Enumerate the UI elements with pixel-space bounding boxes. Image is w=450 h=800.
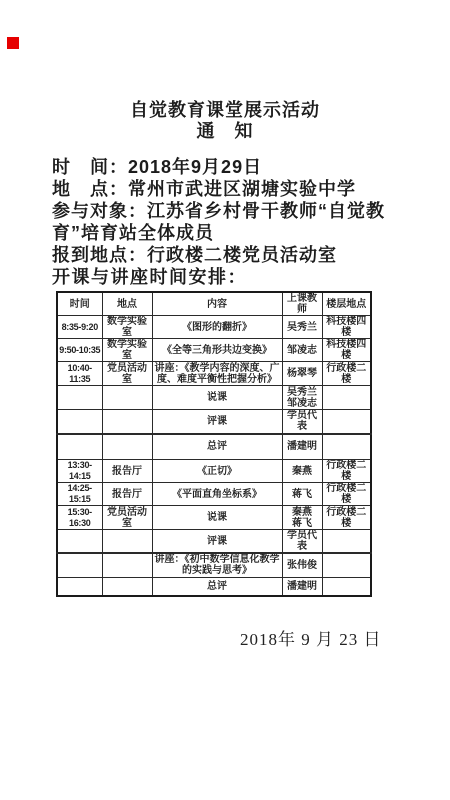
cell-content: 说课 bbox=[152, 386, 282, 410]
schedule-table-body: 8:35-9:20数学实验室《图形的翻折》吴秀兰科技楼四楼9:50-10:35数… bbox=[57, 316, 371, 597]
column-header: 上课教师 bbox=[282, 292, 322, 316]
document-body: 时 间：2018年9月29日 地 点：常州市武进区湖塘实验中学 参与对象：江苏省… bbox=[0, 156, 450, 288]
cell-teacher: 杨翠琴 bbox=[282, 362, 322, 386]
cell-place: 数学实验室 bbox=[102, 339, 152, 362]
cell-time: 8:35-9:20 bbox=[57, 316, 102, 339]
table-row: 15:30-16:30党员活动室说课秦燕 蒋飞行政楼二楼 bbox=[57, 506, 371, 530]
info-line-participants-2: 育”培育站全体成员 bbox=[52, 222, 442, 244]
cell-place: 报告厅 bbox=[102, 460, 152, 483]
table-row: 10:40-11:35党员活动室讲座：《教学内容的深度、广度、难度平衡性把握分析… bbox=[57, 362, 371, 386]
table-row: 14:25-15:15报告厅《平面直角坐标系》蒋飞行政楼二楼 bbox=[57, 483, 371, 506]
schedule-table: 时间地点内容上课教师楼层地点 8:35-9:20数学实验室《图形的翻折》吴秀兰科… bbox=[56, 291, 372, 597]
cell-floor bbox=[322, 530, 371, 554]
table-row: 13:30-14:15报告厅《正切》秦燕行政楼二楼 bbox=[57, 460, 371, 483]
cell-time: 13:30-14:15 bbox=[57, 460, 102, 483]
cell-content: 《平面直角坐标系》 bbox=[152, 483, 282, 506]
cell-content: 《图形的翻折》 bbox=[152, 316, 282, 339]
info-line-place: 地 点：常州市武进区湖塘实验中学 bbox=[52, 178, 442, 200]
cell-teacher: 学员代表 bbox=[282, 410, 322, 434]
cell-time bbox=[57, 386, 102, 410]
cell-teacher: 秦燕 蒋飞 bbox=[282, 506, 322, 530]
cell-place bbox=[102, 386, 152, 410]
cell-teacher: 潘建明 bbox=[282, 577, 322, 596]
cell-floor: 行政楼二楼 bbox=[322, 460, 371, 483]
info-line-checkin: 报到地点：行政楼二楼党员活动室 bbox=[52, 244, 442, 266]
cell-place bbox=[102, 434, 152, 460]
cell-content: 评课 bbox=[152, 530, 282, 554]
cell-time: 15:30-16:30 bbox=[57, 506, 102, 530]
cell-floor: 行政楼二楼 bbox=[322, 506, 371, 530]
table-row: 讲座：《初中数学信息化教学的实践与思考》张伟俊 bbox=[57, 553, 371, 577]
cell-time bbox=[57, 577, 102, 596]
column-header: 内容 bbox=[152, 292, 282, 316]
cell-content: 总评 bbox=[152, 434, 282, 460]
column-header: 楼层地点 bbox=[322, 292, 371, 316]
cell-place bbox=[102, 577, 152, 596]
cell-time bbox=[57, 434, 102, 460]
table-row: 评课学员代表 bbox=[57, 410, 371, 434]
cell-floor bbox=[322, 410, 371, 434]
cell-place bbox=[102, 553, 152, 577]
cell-place: 数学实验室 bbox=[102, 316, 152, 339]
cell-time: 10:40-11:35 bbox=[57, 362, 102, 386]
cell-place: 党员活动室 bbox=[102, 362, 152, 386]
cell-content: 总评 bbox=[152, 577, 282, 596]
cell-content: 《全等三角形共边变换》 bbox=[152, 339, 282, 362]
info-line-time: 时 间：2018年9月29日 bbox=[52, 156, 442, 178]
cell-time: 14:25-15:15 bbox=[57, 483, 102, 506]
cell-floor bbox=[322, 434, 371, 460]
cell-content: 讲座：《初中数学信息化教学的实践与思考》 bbox=[152, 553, 282, 577]
title-line-2: 通 知 bbox=[0, 121, 450, 142]
table-row: 总评潘建明 bbox=[57, 434, 371, 460]
cell-floor bbox=[322, 553, 371, 577]
cell-time: 9:50-10:35 bbox=[57, 339, 102, 362]
cell-place: 党员活动室 bbox=[102, 506, 152, 530]
cell-content: 《正切》 bbox=[152, 460, 282, 483]
cell-content: 讲座：《教学内容的深度、广度、难度平衡性把握分析》 bbox=[152, 362, 282, 386]
cell-place bbox=[102, 410, 152, 434]
cell-floor: 行政楼二楼 bbox=[322, 483, 371, 506]
cell-floor: 科技楼四楼 bbox=[322, 316, 371, 339]
table-row: 8:35-9:20数学实验室《图形的翻折》吴秀兰科技楼四楼 bbox=[57, 316, 371, 339]
red-marker bbox=[7, 37, 19, 49]
cell-floor: 行政楼二楼 bbox=[322, 362, 371, 386]
table-row: 总评潘建明 bbox=[57, 577, 371, 596]
footer-date: 2018年 9 月 23 日 bbox=[240, 625, 450, 650]
title-line-1: 自觉教育课堂展示活动 bbox=[0, 100, 450, 121]
cell-teacher: 蒋飞 bbox=[282, 483, 322, 506]
table-row: 9:50-10:35数学实验室《全等三角形共边变换》邹凌志科技楼四楼 bbox=[57, 339, 371, 362]
cell-place: 报告厅 bbox=[102, 483, 152, 506]
cell-teacher: 学员代表 bbox=[282, 530, 322, 554]
notice-document: 自觉教育课堂展示活动 通 知 时 间：2018年9月29日 地 点：常州市武进区… bbox=[0, 0, 450, 800]
schedule-heading: 开课与讲座时间安排： bbox=[52, 266, 442, 288]
cell-floor bbox=[322, 386, 371, 410]
cell-time bbox=[57, 553, 102, 577]
cell-teacher: 邹凌志 bbox=[282, 339, 322, 362]
cell-time bbox=[57, 530, 102, 554]
cell-teacher: 吴秀兰 bbox=[282, 316, 322, 339]
cell-content: 说课 bbox=[152, 506, 282, 530]
schedule-table-head: 时间地点内容上课教师楼层地点 bbox=[57, 292, 371, 316]
cell-floor bbox=[322, 577, 371, 596]
cell-teacher: 秦燕 bbox=[282, 460, 322, 483]
info-line-participants-1: 参与对象：江苏省乡村骨干教师“自觉教 bbox=[52, 200, 442, 222]
cell-place bbox=[102, 530, 152, 554]
table-row: 评课学员代表 bbox=[57, 530, 371, 554]
cell-content: 评课 bbox=[152, 410, 282, 434]
cell-teacher: 潘建明 bbox=[282, 434, 322, 460]
cell-floor: 科技楼四楼 bbox=[322, 339, 371, 362]
table-row: 说课吴秀兰 邹凌志 bbox=[57, 386, 371, 410]
column-header: 时间 bbox=[57, 292, 102, 316]
header-row: 时间地点内容上课教师楼层地点 bbox=[57, 292, 371, 316]
cell-teacher: 张伟俊 bbox=[282, 553, 322, 577]
cell-time bbox=[57, 410, 102, 434]
cell-teacher: 吴秀兰 邹凌志 bbox=[282, 386, 322, 410]
document-title: 自觉教育课堂展示活动 通 知 bbox=[0, 0, 450, 142]
column-header: 地点 bbox=[102, 292, 152, 316]
